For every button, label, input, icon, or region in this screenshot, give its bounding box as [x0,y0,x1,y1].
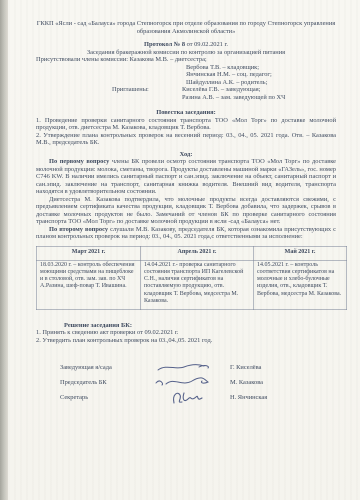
invited-label: Приглашены: [112,86,182,101]
signature-role: Секретарь [60,394,152,402]
member-line: Шайдуллина А.К. – родитель; [186,79,336,87]
signature-role: Заведующая я/сада [60,364,152,372]
protocol-number: Протокол № 8 [144,41,185,48]
table-cell-march: 18.03.2020 г. – контроль обеспечения мою… [37,260,141,309]
paragraph-dietician: Диетсестра М. Казакова подтвердила, что … [36,196,336,226]
paragraph-first-question: По первому вопросу члены БК провели осмо… [36,158,336,196]
signature-row-secretary: Секретарь Н. Янчинская [60,390,336,405]
organization-header: ГККП «Ясли - сад «Балауса» города Степно… [36,20,336,35]
decision-title: Решение заседания БК: [64,322,336,330]
protocol-title: Протокол № 8 от 09.02.2021 г. [36,41,336,49]
agenda-item-1: 1. Проведение проверки санитарного состо… [36,117,336,132]
invited-section: Приглашены: Киселёва Г.В. – заведующая; … [112,86,336,101]
table-row: 18.03.2020 г. – контроль обеспечения мою… [37,260,347,309]
signature-row-chair: Председатель БК М. Казакова [60,375,336,390]
protocol-date: от 09.02.2021 г. [185,41,228,48]
signature-name: Н. Янчинская [230,394,336,402]
signature-kazakova-icon [152,375,230,390]
signature-block: Заведующая я/сада Г. Киселёва Председате… [60,360,336,405]
decision-item-2: 2. Утвердить план контрольных проверок н… [36,337,336,345]
protocol-document-page: ГККП «Ясли - сад «Балауса» города Степно… [8,0,360,500]
invited-line: Разина А.В. – зам. заведующей по ХЧ [182,94,285,102]
table-cell-april: 14.04.2021 г.- проверка санитарного сост… [141,260,254,309]
invited-list: Киселёва Г.В. – заведующая; Разина А.В. … [182,86,285,101]
table-header-april: Апрель 2021 г. [141,246,254,260]
second-question-lead: По второму вопросу [49,226,108,233]
meeting-subtitle: Заседания бракеражной комиссии по контро… [36,49,336,57]
table-cell-may: 14.05.2021 г. – контроль соответствия се… [254,260,347,309]
table-header-march: Март 2021 г. [37,246,141,260]
member-line: Вербова Т.В. – кладовщик; [186,64,336,72]
signature-yanchinskaya-icon [152,390,230,405]
scan-edge-shadow [0,0,8,500]
paragraph-second-question: По второму вопросу слушали М.В. Казакову… [36,226,336,241]
signature-role: Председатель БК [60,379,152,387]
agenda-item-2: 2. Утверждение плана контрольных проверо… [36,132,336,147]
signature-row-head: Заведующая я/сада Г. Киселёва [60,360,336,375]
member-line: Янчинская Н.М. – соц. педагог; [186,71,336,79]
first-question-lead: По первому вопросу [49,158,109,165]
course-title: Ход: [36,151,336,159]
table-header-row: Март 2021 г. Апрель 2021 г. Май 2021 г. [37,246,347,260]
agenda-title: Повестка заседания: [36,109,336,117]
table-header-may: Май 2021 г. [254,246,347,260]
signature-kiseleva-icon [152,360,230,375]
signature-name: М. Казакова [230,379,336,387]
inspection-plan-table: Март 2021 г. Апрель 2021 г. Май 2021 г. … [36,246,347,310]
signature-name: Г. Киселёва [230,364,336,372]
present-line: Присутствовали члены комиссии: Казакова … [36,56,336,64]
commission-members-list: Вербова Т.В. – кладовщик; Янчинская Н.М.… [186,64,336,87]
decision-item-1: 1. Принять к сведению акт проверки от 09… [36,329,336,337]
invited-line: Киселёва Г.В. – заведующая; [182,86,285,94]
